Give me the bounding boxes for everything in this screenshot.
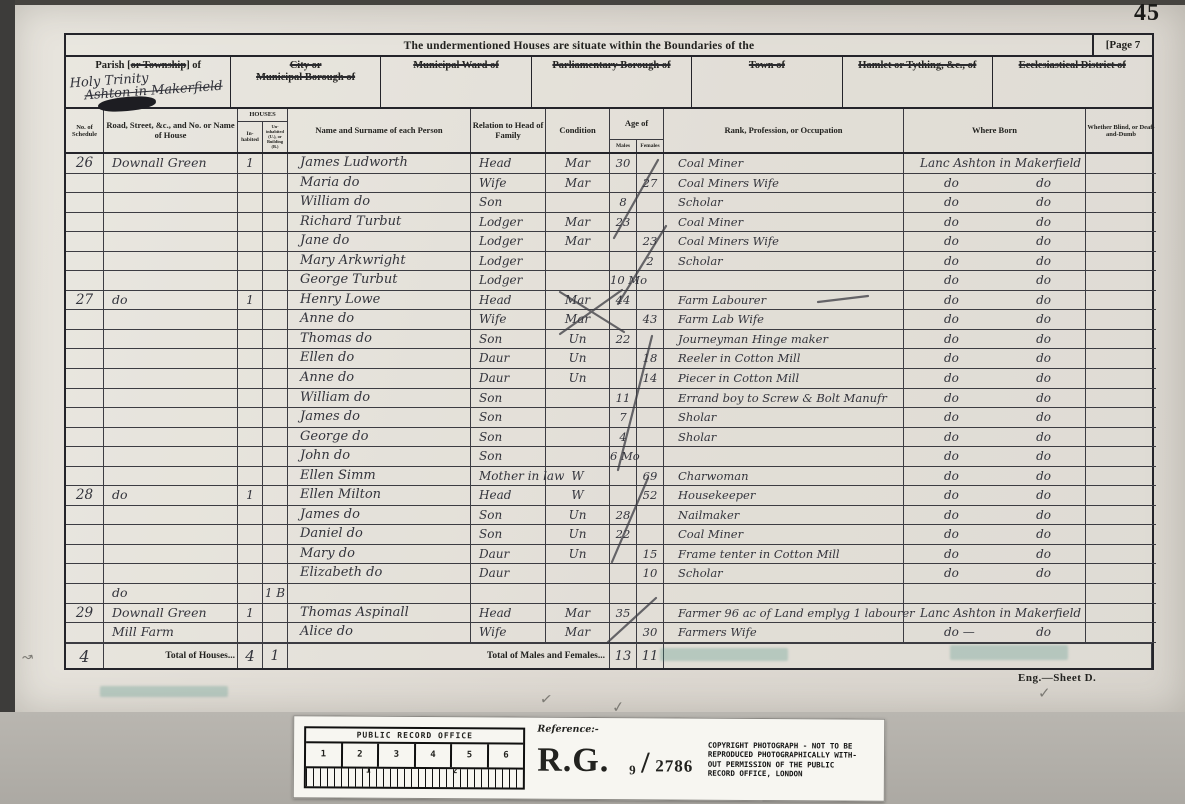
form-title-row: The undermentioned Houses are situate wi… xyxy=(66,35,1152,57)
cell-occ: Farm Labourer xyxy=(664,291,904,311)
cell-occ: Coal Miner xyxy=(664,213,904,233)
cell-born: dodo xyxy=(904,486,1086,506)
cell-m xyxy=(610,232,637,252)
cell-cond: Mar xyxy=(546,174,610,194)
cell-s xyxy=(66,525,104,545)
cell-born: Lanc Ashton in Makerfield xyxy=(904,154,1086,174)
cell-cond: Mar xyxy=(546,213,610,233)
cell-s xyxy=(66,252,104,272)
cell-s xyxy=(66,428,104,448)
ruler-number: 5 xyxy=(452,744,489,767)
cell-cond: Mar xyxy=(546,154,610,174)
cell-born: dodo xyxy=(904,271,1086,291)
cell-rel: Head xyxy=(471,154,546,174)
cell-name: George Turbut xyxy=(288,271,471,291)
cell-occ: Nailmaker xyxy=(664,506,904,526)
cell-occ: Reeler in Cotton Mill xyxy=(664,349,904,369)
cell-road xyxy=(104,330,238,350)
cell-m xyxy=(610,369,637,389)
pro-office-name: PUBLIC RECORD OFFICE xyxy=(306,728,523,744)
locality-box-1: City orMunicipal Borough of xyxy=(231,57,380,107)
cell-rel: Son xyxy=(471,389,546,409)
cell-m xyxy=(610,174,637,194)
cell-cond xyxy=(546,584,610,604)
ruler-number: 3 xyxy=(379,743,416,766)
houses-subcolumns: In-habited Un-inhabited (U.), or Buildin… xyxy=(238,122,287,153)
cell-s xyxy=(66,330,104,350)
cell-uninh xyxy=(263,564,288,584)
cell-occ: Farmers Wife xyxy=(664,623,904,643)
col-relation: Relation to Head of Family xyxy=(471,109,546,152)
cell-blind xyxy=(1086,447,1156,467)
col-occupation: Rank, Profession, or Occupation xyxy=(664,109,904,152)
cell-f: 27 xyxy=(637,174,664,194)
cell-born: do —do xyxy=(904,623,1086,643)
cell-cond: Mar xyxy=(546,232,610,252)
cell-s: 26 xyxy=(66,154,104,174)
cell-uninh xyxy=(263,604,288,624)
cell-inh xyxy=(238,349,263,369)
cell-cond xyxy=(546,564,610,584)
cell-cond: Un xyxy=(546,330,610,350)
cell-road: Downall Green xyxy=(104,154,238,174)
cell-uninh xyxy=(263,447,288,467)
cell-blind xyxy=(1086,604,1156,624)
cell-road: Mill Farm xyxy=(104,623,238,643)
cell-road xyxy=(104,389,238,409)
cell-inh xyxy=(238,369,263,389)
cell-f: 18 xyxy=(637,349,664,369)
cell-s xyxy=(66,584,104,604)
cell-uninh xyxy=(263,545,288,565)
cell-f xyxy=(637,193,664,213)
cell-m xyxy=(610,349,637,369)
cell-f xyxy=(637,154,664,174)
cell-uninh xyxy=(263,506,288,526)
col-houses: HOUSES In-habited Un-inhabited (U.), or … xyxy=(238,109,288,152)
cell-name: William do xyxy=(288,389,471,409)
scan-edge-left xyxy=(0,0,15,712)
cell-name: Anne do xyxy=(288,369,471,389)
col-age: Age of Males Females xyxy=(610,109,664,152)
cell-born: dodo xyxy=(904,428,1086,448)
cell-born: dodo xyxy=(904,349,1086,369)
copyright-notice: COPYRIGHT PHOTOGRAPH - NOT TO BEREPRODUC… xyxy=(708,740,884,779)
cell-uninh xyxy=(263,310,288,330)
cell-rel: Mother in law xyxy=(471,467,546,487)
cell-rel: Daur xyxy=(471,369,546,389)
cell-name: Ellen do xyxy=(288,349,471,369)
cell-inh xyxy=(238,310,263,330)
cell-f: 43 xyxy=(637,310,664,330)
cell-f xyxy=(637,428,664,448)
cell-f xyxy=(637,389,664,409)
pencil-check: ✓ xyxy=(1038,684,1051,702)
cell-m: 4 xyxy=(610,428,637,448)
cell-rel: Lodger xyxy=(471,252,546,272)
total-uninhabited: 1 xyxy=(263,644,288,668)
locality-header-boxes: Parish [or Township] ofHoly TrinityAshto… xyxy=(66,57,1152,109)
cell-name: James do xyxy=(288,506,471,526)
cell-born: dodo xyxy=(904,525,1086,545)
cell-uninh xyxy=(263,369,288,389)
cell-cond: Un xyxy=(546,369,610,389)
cell-rel: Son xyxy=(471,408,546,428)
page-number-box: [Page 7 xyxy=(1092,35,1152,55)
cell-rel: Head xyxy=(471,604,546,624)
item-number: 2786 xyxy=(655,756,693,776)
cell-f xyxy=(637,271,664,291)
cell-f xyxy=(637,447,664,467)
locality-box-6: Ecclesiastical District of xyxy=(993,57,1152,107)
col-where-born: Where Born xyxy=(904,109,1086,152)
faint-green-stamp xyxy=(100,686,228,697)
cell-blind xyxy=(1086,193,1156,213)
cell-born: dodo xyxy=(904,369,1086,389)
reference-block: Reference:- R.G. 9 / 2786 xyxy=(537,723,694,794)
folio-number: 45 xyxy=(1134,0,1160,27)
cell-name: Thomas Aspinall xyxy=(288,604,471,624)
cell-occ: Frame tenter in Cotton Mill xyxy=(664,545,904,565)
cell-inh xyxy=(238,506,263,526)
cell-occ: Coal Miners Wife xyxy=(664,232,904,252)
cell-rel: Daur xyxy=(471,564,546,584)
cell-blind xyxy=(1086,623,1156,643)
locality-box-4: Town of xyxy=(692,57,843,107)
census-form: The undermentioned Houses are situate wi… xyxy=(64,33,1154,670)
cell-name: John do xyxy=(288,447,471,467)
cell-rel: Son xyxy=(471,506,546,526)
cell-rel: Son xyxy=(471,428,546,448)
cell-blind xyxy=(1086,389,1156,409)
cell-f: 52 xyxy=(637,486,664,506)
cell-s xyxy=(66,232,104,252)
cell-m xyxy=(610,564,637,584)
pencil-check: ✓ xyxy=(539,689,554,709)
cell-born: dodo xyxy=(904,408,1086,428)
total-inhabited: 4 xyxy=(238,644,263,668)
cell-born: dodo xyxy=(904,252,1086,272)
cell-born: dodo xyxy=(904,291,1086,311)
cell-rel: Son xyxy=(471,330,546,350)
cell-f: 10 xyxy=(637,564,664,584)
cell-blind xyxy=(1086,252,1156,272)
cell-road xyxy=(104,525,238,545)
cell-m: 22 xyxy=(610,330,637,350)
cell-s xyxy=(66,506,104,526)
cell-cond xyxy=(546,193,610,213)
ruler-ticks xyxy=(306,768,523,787)
cell-inh xyxy=(238,213,263,233)
cell-uninh xyxy=(263,291,288,311)
cell-born: Lanc Ashton in Makerfield xyxy=(904,604,1086,624)
cell-born xyxy=(904,584,1086,604)
cell-m: 6 Mo xyxy=(610,447,637,467)
cell-s xyxy=(66,467,104,487)
cell-s xyxy=(66,408,104,428)
cell-name: Ellen Milton xyxy=(288,486,471,506)
cell-cond: Un xyxy=(546,545,610,565)
cell-uninh xyxy=(263,408,288,428)
ruler-number: 1 xyxy=(306,743,343,766)
col-schedule: No. of Schedule xyxy=(66,109,104,152)
cell-occ: Coal Miner xyxy=(664,154,904,174)
cell-cond: Mar xyxy=(546,310,610,330)
faint-green-stamp xyxy=(660,648,788,661)
cell-occ: Sholar xyxy=(664,428,904,448)
cell-rel: Daur xyxy=(471,545,546,565)
cell-born: dodo xyxy=(904,330,1086,350)
cell-m xyxy=(610,584,637,604)
cell-road xyxy=(104,506,238,526)
cell-m xyxy=(610,623,637,643)
cell-road xyxy=(104,232,238,252)
cell-born: dodo xyxy=(904,232,1086,252)
cell-inh xyxy=(238,271,263,291)
cell-uninh xyxy=(263,271,288,291)
cell-rel: Wife xyxy=(471,310,546,330)
cell-road xyxy=(104,174,238,194)
cell-uninh xyxy=(263,213,288,233)
cell-rel: Daur xyxy=(471,349,546,369)
cell-cond: W xyxy=(546,486,610,506)
ruler-number: 2 xyxy=(342,743,379,766)
cell-s xyxy=(66,545,104,565)
sheet-note: Eng.—Sheet D. xyxy=(1018,672,1096,684)
pro-ruler: PUBLIC RECORD OFFICE 123456 xyxy=(304,726,526,789)
cell-born: dodo xyxy=(904,193,1086,213)
cell-s xyxy=(66,174,104,194)
ruler-number: 6 xyxy=(489,744,524,767)
census-scan: 45 The undermentioned Houses are situate… xyxy=(0,0,1185,804)
cell-occ xyxy=(664,271,904,291)
col-blind: Whether Blind, or Deaf-and-Dumb xyxy=(1086,109,1156,152)
cell-rel: Head xyxy=(471,486,546,506)
cell-m: 35 xyxy=(610,604,637,624)
cell-inh xyxy=(238,174,263,194)
cell-cond: Mar xyxy=(546,291,610,311)
cell-cond: W xyxy=(546,467,610,487)
cell-f: 69 xyxy=(637,467,664,487)
cell-born: dodo xyxy=(904,506,1086,526)
cell-road xyxy=(104,467,238,487)
cell-blind xyxy=(1086,584,1156,604)
cell-inh: 1 xyxy=(238,154,263,174)
cell-name: James Ludworth xyxy=(288,154,471,174)
cell-s: 27 xyxy=(66,291,104,311)
cell-cond xyxy=(546,271,610,291)
cell-road: do xyxy=(104,584,238,604)
cell-blind xyxy=(1086,291,1156,311)
cell-s xyxy=(66,623,104,643)
cell-occ: Coal Miners Wife xyxy=(664,174,904,194)
reference-slash: / xyxy=(641,746,650,780)
cell-road xyxy=(104,564,238,584)
locality-label: City orMunicipal Borough of xyxy=(231,60,379,84)
cell-m: 30 xyxy=(610,154,637,174)
reference-label: Reference:- xyxy=(537,723,694,735)
cell-occ xyxy=(664,584,904,604)
cell-blind xyxy=(1086,467,1156,487)
cell-occ: Scholar xyxy=(664,564,904,584)
cell-s: 29 xyxy=(66,604,104,624)
cell-road xyxy=(104,428,238,448)
cell-m: 22 xyxy=(610,525,637,545)
cell-f xyxy=(637,604,664,624)
cell-occ: Scholar xyxy=(664,252,904,272)
locality-box-5: Hamlet or Tything, &c., of xyxy=(843,57,992,107)
cell-uninh xyxy=(263,252,288,272)
cell-m: 11 xyxy=(610,389,637,409)
cell-cond xyxy=(546,389,610,409)
cell-s xyxy=(66,389,104,409)
column-header-row: No. of Schedule Road, Street, &c., and N… xyxy=(66,109,1152,154)
ruler-number: 4 xyxy=(416,743,453,766)
cell-f xyxy=(637,330,664,350)
cell-m: 8 xyxy=(610,193,637,213)
cell-s xyxy=(66,349,104,369)
cell-cond: Un xyxy=(546,349,610,369)
cell-uninh xyxy=(263,349,288,369)
cell-name: Alice do xyxy=(288,623,471,643)
col-inhabited: In-habited xyxy=(238,122,263,153)
cell-road xyxy=(104,349,238,369)
cell-occ: Scholar xyxy=(664,193,904,213)
cell-inh xyxy=(238,428,263,448)
cell-m xyxy=(610,467,637,487)
cell-uninh xyxy=(263,389,288,409)
cell-blind xyxy=(1086,545,1156,565)
cell-s xyxy=(66,447,104,467)
cell-blind xyxy=(1086,408,1156,428)
cell-inh xyxy=(238,623,263,643)
cell-born: dodo xyxy=(904,213,1086,233)
cell-name: Anne do xyxy=(288,310,471,330)
cell-f xyxy=(637,584,664,604)
cell-f: 2 xyxy=(637,252,664,272)
cell-born: dodo xyxy=(904,174,1086,194)
cell-m xyxy=(610,252,637,272)
cell-name: William do xyxy=(288,193,471,213)
cell-uninh xyxy=(263,154,288,174)
cell-cond xyxy=(546,428,610,448)
cell-uninh xyxy=(263,193,288,213)
pencil-check: ✓ xyxy=(611,697,625,716)
cell-inh: 1 xyxy=(238,604,263,624)
cell-s xyxy=(66,271,104,291)
cell-s xyxy=(66,213,104,233)
cell-road xyxy=(104,271,238,291)
cell-blind xyxy=(1086,428,1156,448)
cell-name xyxy=(288,584,471,604)
cell-cond: Mar xyxy=(546,623,610,643)
locality-label: Hamlet or Tything, &c., of xyxy=(843,60,991,72)
cell-uninh xyxy=(263,174,288,194)
cell-uninh: 1 B xyxy=(263,584,288,604)
cell-name: Daniel do xyxy=(288,525,471,545)
cell-occ: Housekeeper xyxy=(664,486,904,506)
cell-cond: Mar xyxy=(546,604,610,624)
cell-born: dodo xyxy=(904,467,1086,487)
cell-occ: Piecer in Cotton Mill xyxy=(664,369,904,389)
cell-inh: 1 xyxy=(238,291,263,311)
cell-road: do xyxy=(104,291,238,311)
age-subcolumns: Males Females xyxy=(610,139,663,152)
locality-label: Ecclesiastical District of xyxy=(993,60,1152,72)
col-females: Females xyxy=(637,140,663,152)
cell-m: 7 xyxy=(610,408,637,428)
locality-label: Town of xyxy=(692,60,842,72)
cell-blind xyxy=(1086,271,1156,291)
cell-name: Maria do xyxy=(288,174,471,194)
cell-road xyxy=(104,447,238,467)
cell-cond: Un xyxy=(546,506,610,526)
cell-inh xyxy=(238,545,263,565)
cell-name: Mary do xyxy=(288,545,471,565)
cell-uninh xyxy=(263,486,288,506)
cell-s xyxy=(66,193,104,213)
cell-inh xyxy=(238,330,263,350)
cell-uninh xyxy=(263,623,288,643)
cell-inh xyxy=(238,193,263,213)
cell-uninh xyxy=(263,525,288,545)
faint-green-stamp xyxy=(950,645,1068,660)
cell-rel: Lodger xyxy=(471,232,546,252)
cell-occ: Charwoman xyxy=(664,467,904,487)
cell-road xyxy=(104,408,238,428)
cell-name: George do xyxy=(288,428,471,448)
col-males: Males xyxy=(610,140,637,152)
cell-inh xyxy=(238,447,263,467)
cell-rel: Son xyxy=(471,193,546,213)
cell-f: 23 xyxy=(637,232,664,252)
cell-occ: Farmer 96 ac of Land emplyg 1 labourer xyxy=(664,604,904,624)
cell-name: Henry Lowe xyxy=(288,291,471,311)
cell-rel: Head xyxy=(471,291,546,311)
cell-blind xyxy=(1086,349,1156,369)
cell-blind xyxy=(1086,564,1156,584)
cell-rel: Lodger xyxy=(471,213,546,233)
cell-inh xyxy=(238,232,263,252)
cell-uninh xyxy=(263,467,288,487)
cell-cond xyxy=(546,252,610,272)
cell-name: Thomas do xyxy=(288,330,471,350)
cell-f xyxy=(637,291,664,311)
cell-blind xyxy=(1086,486,1156,506)
cell-m: 28 xyxy=(610,506,637,526)
cell-blind xyxy=(1086,174,1156,194)
cell-blind xyxy=(1086,369,1156,389)
cell-inh xyxy=(238,584,263,604)
cell-road xyxy=(104,252,238,272)
cell-m xyxy=(610,545,637,565)
cell-born: dodo xyxy=(904,310,1086,330)
total-schedules: 4 xyxy=(66,644,104,668)
cell-uninh xyxy=(263,232,288,252)
cell-occ: Journeyman Hinge maker xyxy=(664,330,904,350)
total-males: 13 xyxy=(610,644,637,668)
col-name: Name and Surname of each Person xyxy=(288,109,471,152)
cell-rel: Son xyxy=(471,447,546,467)
cell-name: Ellen Simm xyxy=(288,467,471,487)
cell-rel: Wife xyxy=(471,623,546,643)
cell-m: 23 xyxy=(610,213,637,233)
cell-road xyxy=(104,310,238,330)
cell-blind xyxy=(1086,232,1156,252)
cell-rel: Lodger xyxy=(471,271,546,291)
cell-blind xyxy=(1086,525,1156,545)
cell-f: 14 xyxy=(637,369,664,389)
